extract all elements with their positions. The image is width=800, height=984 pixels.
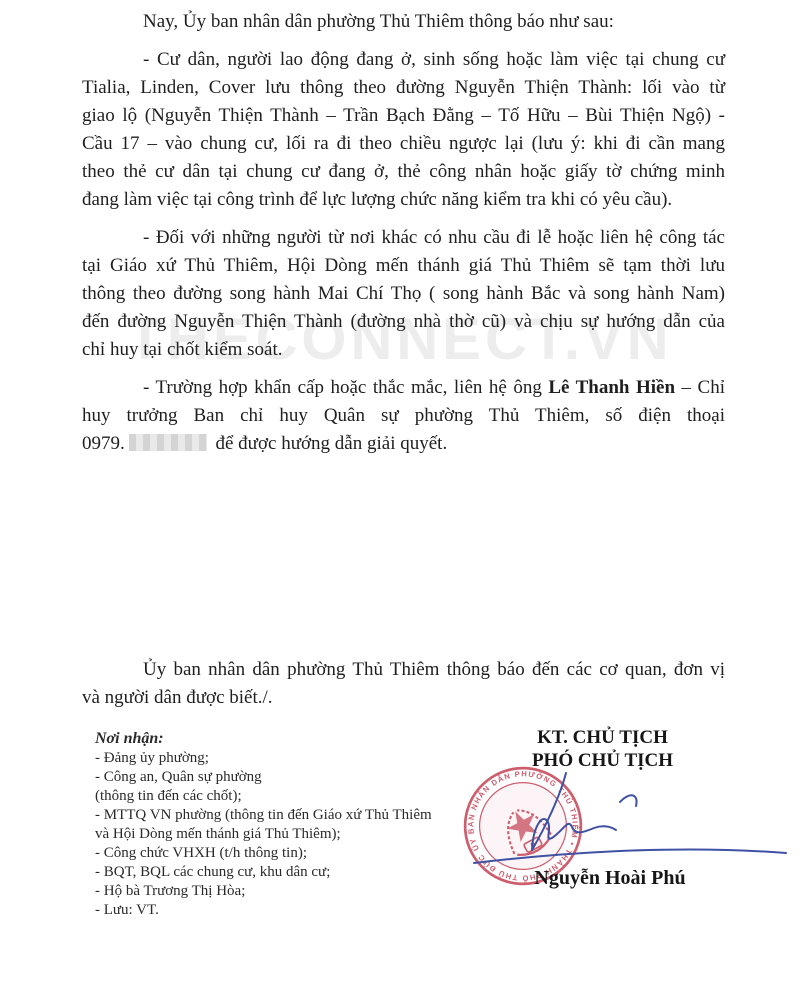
paragraph-residents: - Cư dân, người lao động đang ở, sinh số… <box>82 46 725 214</box>
recipients-list: - Đảng ủy phường;- Công an, Quân sự phườ… <box>95 749 432 920</box>
text-line: đến đường Nguyễn Thiện Thành (đường nhà … <box>82 308 725 336</box>
footer: Nơi nhận: - Đảng ủy phường;- Công an, Qu… <box>82 726 725 984</box>
recipient-item: và Hội Dòng mến thánh giá Thủ Thiêm); <box>95 825 432 844</box>
text-line: tại Giáo xứ Thủ Thiêm, Hội Dòng mến thán… <box>82 252 725 280</box>
text-line: - Đối với những người từ nơi khác có nhu… <box>82 224 725 252</box>
text-line: thông theo đường song hành Mai Chí Thọ (… <box>82 280 725 308</box>
text-line: chỉ huy tại chốt kiểm soát. <box>82 336 725 364</box>
text-line: đang làm việc tại công trình để lực lượn… <box>82 186 725 214</box>
text-line: theo thẻ cư dân tại chung cư đang ở, thẻ… <box>82 158 725 186</box>
recipient-item: - Hộ bà Trương Thị Hòa; <box>95 882 432 901</box>
redacted-phone-number <box>129 434 207 451</box>
recipient-item: - BQT, BQL các chung cư, khu dân cư; <box>95 863 432 882</box>
recipient-item: - Công chức VHXH (t/h thông tin); <box>95 844 432 863</box>
signer-name: Nguyễn Hoài Phú <box>505 867 715 890</box>
document-body: Nay, Ủy ban nhân dân phường Thủ Thiêm th… <box>0 0 800 984</box>
text-line: Tialia, Linden, Cover lưu thông theo đườ… <box>82 74 725 102</box>
text-line: và người dân được biết./. <box>82 684 725 712</box>
blank-space <box>82 468 725 656</box>
recipient-item: - Lưu: VT. <box>95 901 432 920</box>
recipient-item: (thông tin đến các chốt); <box>95 787 432 806</box>
paragraph-visitors: - Đối với những người từ nơi khác có nhu… <box>82 224 725 364</box>
text-line: huy trưởng Ban chỉ huy Quân sự phường Th… <box>82 402 725 430</box>
recipient-item: - Công an, Quân sự phường <box>95 768 432 787</box>
text-line: - Trường hợp khẩn cấp hoặc thắc mắc, liê… <box>82 374 725 402</box>
text-line: Ủy ban nhân dân phường Thủ Thiêm thông b… <box>82 656 725 684</box>
document-page: THECONNECT.VN Nay, Ủy ban nhân dân phườn… <box>0 0 800 984</box>
text-line: Cầu 17 – vào chung cư, lối ra đi theo ch… <box>82 130 725 158</box>
text-line: - Cư dân, người lao động đang ở, sinh số… <box>82 46 725 74</box>
recipient-item: - MTTQ VN phường (thông tin đến Giáo xứ … <box>95 806 432 825</box>
acting-title: KT. CHỦ TỊCH <box>500 726 705 749</box>
handwritten-signature <box>470 770 790 875</box>
intro-paragraph: Nay, Ủy ban nhân dân phường Thủ Thiêm th… <box>82 8 725 36</box>
recipients-title: Nơi nhận: <box>95 728 432 749</box>
text-line: 0979. để được hướng dẫn giải quyết. <box>82 430 725 458</box>
recipients-block: Nơi nhận: - Đảng ủy phường;- Công an, Qu… <box>95 728 432 920</box>
recipient-item: - Đảng ủy phường; <box>95 749 432 768</box>
text-line: giao lộ (Nguyễn Thiện Thành – Trần Bạch … <box>82 102 725 130</box>
text-line: Nay, Ủy ban nhân dân phường Thủ Thiêm th… <box>82 8 725 36</box>
closing-paragraph: Ủy ban nhân dân phường Thủ Thiêm thông b… <box>82 656 725 712</box>
paragraph-emergency-contact: - Trường hợp khẩn cấp hoặc thắc mắc, liê… <box>82 374 725 458</box>
